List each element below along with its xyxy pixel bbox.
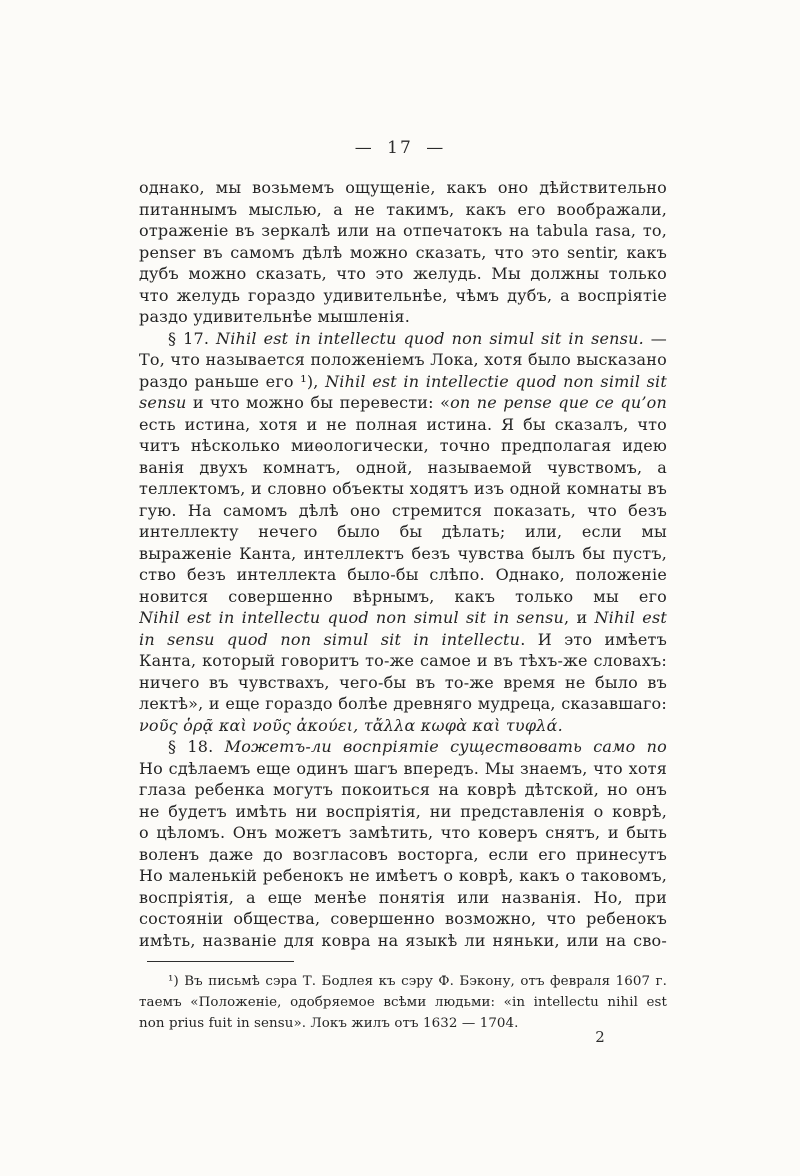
- text-line: Но сдѣлаемъ еще одинъ шагъ впередъ. Мы з…: [139, 758, 667, 780]
- text-line: νοῦς ὁρᾷ καὶ νοῦς ἀκούει, τἄλλα κωφὰ καὶ…: [139, 715, 667, 737]
- text-line: имѣть, названіе для ковра на языкѣ ли ня…: [139, 930, 667, 952]
- text-line: воспріятія, а еще менѣе понятія или назв…: [139, 887, 667, 909]
- text-line: ничего въ чувствахъ, чего-бы въ то-же вр…: [139, 672, 667, 694]
- footnote-separator: [147, 961, 294, 962]
- text-line: что желудь гораздо удивительнѣе, чѣмъ ду…: [139, 285, 667, 307]
- text-line: воленъ даже до возгласовъ восторга, если…: [139, 844, 667, 866]
- text-line: есть истина, хотя и не полная истина. Я …: [139, 414, 667, 436]
- text-line: sensu и что можно бы перевести: «on ne p…: [139, 392, 667, 414]
- text-line: То, что называется положеніемъ Лока, хот…: [139, 349, 667, 371]
- text-line: состояніи общества, совершенно возможно,…: [139, 908, 667, 930]
- text-line: новится совершенно вѣрнымъ, какъ только …: [139, 586, 667, 608]
- text-line: Nihil est in intellectu quod non simul s…: [139, 607, 667, 629]
- text-line: лектѣ», и еще гораздо болѣе древняго муд…: [139, 693, 667, 715]
- text-line: интеллекту нечего было бы дѣлать; или, е…: [139, 521, 667, 543]
- page-number: — 17 —: [0, 138, 800, 158]
- text-line: о цѣломъ. Онъ можетъ замѣтить, что ковер…: [139, 822, 667, 844]
- text-line: § 18. Можетъ-ли воспріятіе существовать …: [139, 736, 667, 758]
- text-line: теллектомъ, и словно объекты ходятъ изъ …: [139, 478, 667, 500]
- text-line: таемъ «Положеніе, одобряемое всѣми людьм…: [139, 992, 667, 1013]
- text-line: читъ нѣсколько миѳологически, точно пред…: [139, 435, 667, 457]
- text-line: дубъ можно сказать, что это желудь. Мы д…: [139, 263, 667, 285]
- text-line: ванія двухъ комнатъ, одной, называемой ч…: [139, 457, 667, 479]
- text-line: ство безъ интеллекта было-бы слѣпо. Одна…: [139, 564, 667, 586]
- text-line: не будетъ имѣть ни воспріятія, ни предст…: [139, 801, 667, 823]
- text-line: penser въ самомъ дѣлѣ можно сказать, что…: [139, 242, 667, 264]
- text-line: in sensu quod non simul sit in intellect…: [139, 629, 667, 651]
- scanned-page: — 17 — однако, мы возьмемъ ощущеніе, как…: [0, 0, 800, 1176]
- text-line: гую. На самомъ дѣлѣ оно стремится показа…: [139, 500, 667, 522]
- text-line: ¹) Въ письмѣ сэра Т. Бодлея къ сэру Ф. Б…: [139, 971, 667, 992]
- text-line: отраженіе въ зеркалѣ или на отпечатокъ н…: [139, 220, 667, 242]
- text-line: Канта, который говоритъ то-же самое и въ…: [139, 650, 667, 672]
- text-line: § 17. Nihil est in intellectu quod non s…: [139, 328, 667, 350]
- text-line: выраженіе Канта, интеллектъ безъ чувства…: [139, 543, 667, 565]
- text-line: глаза ребенка могутъ покоиться на коврѣ …: [139, 779, 667, 801]
- text-line: раздо удивительнѣе мышленія.: [139, 306, 667, 328]
- footnote: ¹) Въ письмѣ сэра Т. Бодлея къ сэру Ф. Б…: [139, 971, 667, 1034]
- signature-number: 2: [560, 1028, 640, 1046]
- text-line: однако, мы возьмемъ ощущеніе, какъ оно д…: [139, 177, 667, 199]
- body-text: однако, мы возьмемъ ощущеніе, какъ оно д…: [139, 177, 667, 951]
- text-line: питаннымъ мыслью, а не такимъ, какъ его …: [139, 199, 667, 221]
- text-line: раздо раньше его ¹), Nihil est in intell…: [139, 371, 667, 393]
- text-line: Но маленькій ребенокъ не имѣетъ о коврѣ,…: [139, 865, 667, 887]
